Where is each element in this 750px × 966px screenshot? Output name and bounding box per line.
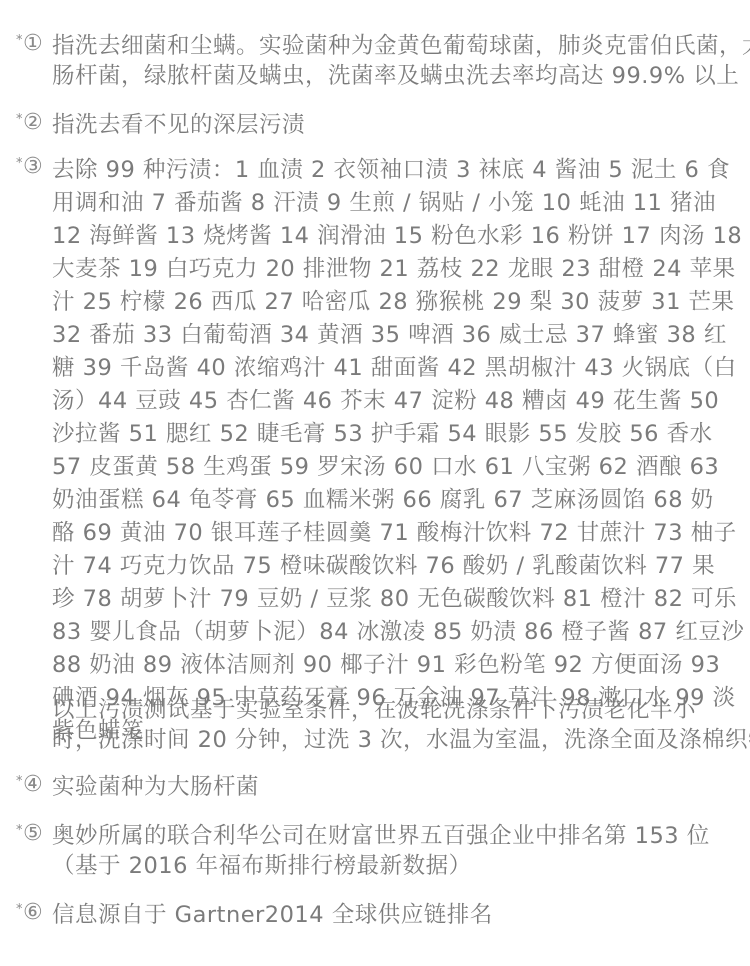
footnote-marker-6: * ⑥ xyxy=(16,900,50,930)
note-2-text: 指洗去看不见的深层污渍 xyxy=(52,110,305,140)
stain-list-text: 去除 99 种污渍：1 血渍 2 衣领袖口渍 3 袜底 4 酱油 5 泥土 6 … xyxy=(52,154,744,748)
note-6-text: 信息源自于 Gartner2014 全球供应链排名 xyxy=(52,900,493,930)
note-4-text: 实验菌种为大肠杆菌 xyxy=(52,772,259,802)
footnote-marker-5: * ⑤ xyxy=(16,821,50,851)
note-1-text: 指洗去细菌和尘螨。实验菌种为金黄色葡萄球菌，肺炎克雷伯氏菌，大 肠杆菌，绿脓杆菌… xyxy=(52,31,750,91)
footnote-marker-4: * ④ xyxy=(16,772,50,802)
footnote-marker-3: * ③ xyxy=(16,154,50,184)
footnote-marker-1: * ① xyxy=(16,31,50,61)
note-5-text: 奥妙所属的联合利华公司在财富世界五百强企业中排名第 153 位 （基于 2016… xyxy=(52,821,710,881)
footnote-marker-2: * ② xyxy=(16,110,50,140)
test-conditions-text: 以上污渍测试基于实验室条件，在波轮洗涤条件下污渍老化半小 时，洗涤时间 20 分… xyxy=(52,695,750,755)
